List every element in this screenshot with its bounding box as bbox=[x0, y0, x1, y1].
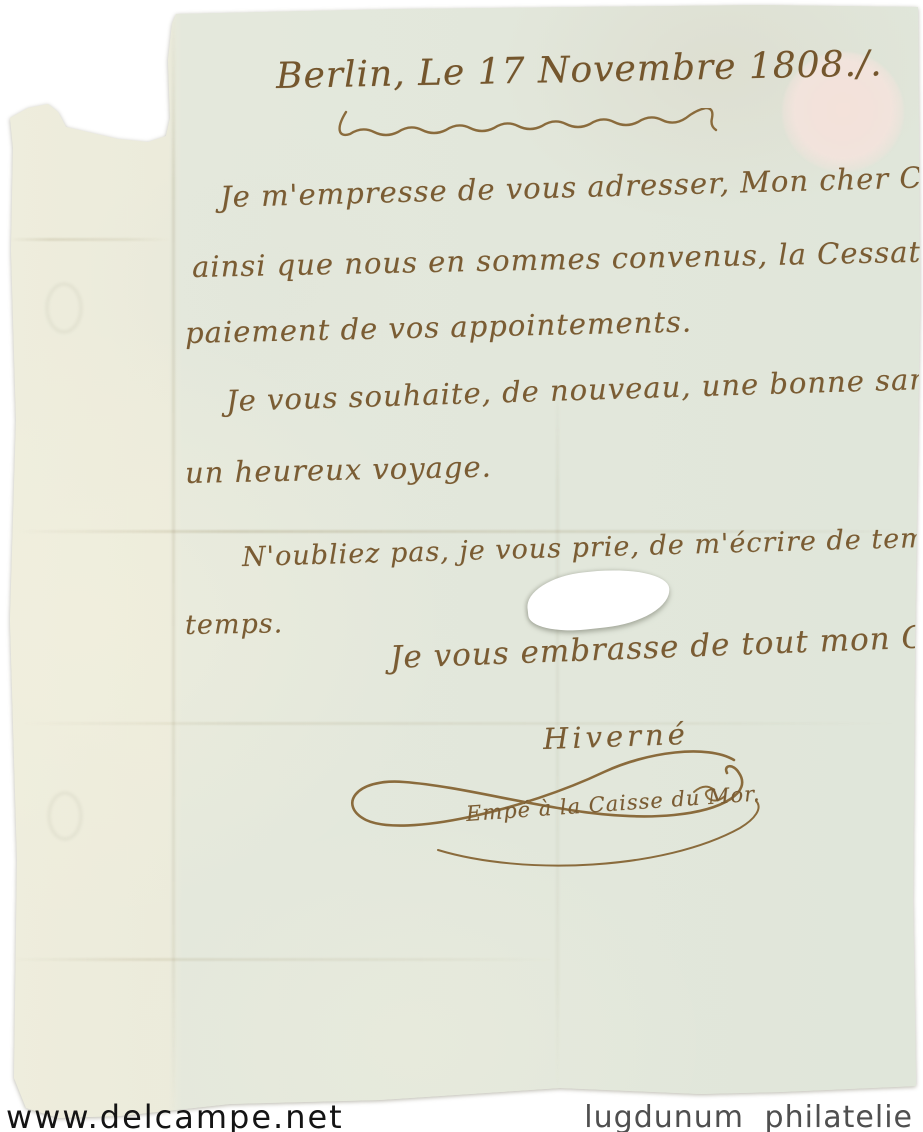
paper-emboss-mark bbox=[46, 283, 82, 333]
fold-crease-vertical bbox=[172, 14, 175, 1110]
paragraph-line: temps. bbox=[185, 608, 284, 641]
paper-sheet-wrap: Berlin, Le 17 Novembre 1808./. Je m'empr… bbox=[0, 0, 923, 1132]
dateline-flourish bbox=[330, 108, 750, 150]
paragraph-line: ainsi que nous en sommes convenus, la Ce… bbox=[192, 233, 923, 284]
watermark-delcampe: www.delcampe.net bbox=[6, 1098, 344, 1132]
fold-crease-left-flap bbox=[10, 238, 170, 241]
fold-crease-bottom-left bbox=[10, 958, 555, 961]
paragraph-line: N'oubliez pas, je vous prie, de m'écrire… bbox=[242, 520, 923, 573]
paper-hole bbox=[524, 564, 672, 636]
paper-sheet: Berlin, Le 17 Novembre 1808./. Je m'empr… bbox=[0, 0, 923, 1132]
letter-scan: Berlin, Le 17 Novembre 1808./. Je m'empr… bbox=[0, 0, 923, 1132]
paragraph-line: paiement de vos appointements. bbox=[185, 304, 693, 349]
paragraph-line: Je vous souhaite, de nouveau, une bonne … bbox=[225, 360, 923, 418]
paper-emboss-mark bbox=[48, 792, 82, 840]
paragraph-line: un heureux voyage. bbox=[185, 450, 492, 490]
closing-line: Je vous embrasse de tout mon Cœur. bbox=[389, 617, 923, 676]
fold-crease-horizontal-faint bbox=[20, 722, 900, 725]
paragraph-line: Je m'empresse de vous adresser, Mon cher… bbox=[220, 156, 923, 214]
watermark-lugdunum: lugdunum philatelie bbox=[584, 1100, 913, 1132]
